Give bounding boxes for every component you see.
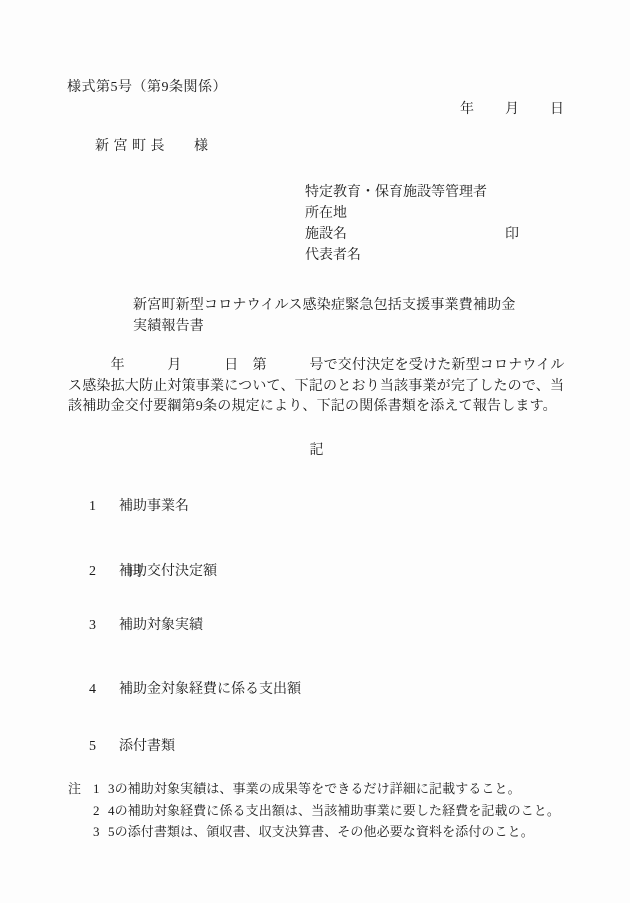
- item-number: 1: [89, 497, 119, 517]
- note-number: 3: [93, 824, 108, 839]
- note-row: 2 4の補助対象経費に係る支出額は、当該補助事業に要した経費を記載のこと。: [68, 803, 578, 818]
- document-title-line2: 実績報告書: [133, 316, 516, 337]
- sender-role: 特定教育・保育施設等管理者: [305, 182, 519, 203]
- document-title: 新宮町新型コロナウイルス感染症緊急包括支援事業費補助金 実績報告書: [133, 295, 516, 337]
- item-number: 2: [89, 562, 119, 582]
- body-paragraph-line: 該補助金交付要綱第9条の規定により、下記の関係書類を添えて報告します。: [68, 397, 568, 418]
- sender-block: 特定教育・保育施設等管理者 所在地 施設名 印 代表者名: [305, 182, 519, 266]
- body-paragraph-line: 年 月 日 第 号で交付決定を受けた新型コロナウイル: [68, 356, 568, 377]
- sender-address-label: 所在地: [305, 203, 519, 224]
- item-label: 補助対象実績: [119, 618, 203, 633]
- body-paragraph-line: ス感染拡大防止対策事業について、下記のとおり当該事業が完了したので、当: [68, 377, 568, 398]
- notes-marker: 注: [68, 781, 93, 796]
- list-item-1: 1補助事業名: [68, 477, 189, 537]
- item-number: 3: [89, 616, 119, 636]
- item-label: 補助金対象経費に係る支出額: [119, 682, 301, 697]
- note-number: 1: [93, 781, 108, 796]
- record-marker: 記: [68, 441, 565, 461]
- notes-block: 注 1 3の補助対象実績は、事業の成果等をできるだけ詳細に記載すること。 2 4…: [68, 781, 578, 846]
- item-label: 添付書類: [119, 739, 175, 754]
- item-number: 4: [89, 680, 119, 700]
- item-number: 5: [89, 737, 119, 757]
- item-label: 補助事業名: [119, 499, 189, 514]
- note-row: 3 5の添付書類は、領収書、収支決算書、その他必要な資料を添付のこと。: [68, 824, 578, 839]
- body-paragraph: 年 月 日 第 号で交付決定を受けた新型コロナウイル ス感染拡大防止対策事業につ…: [68, 356, 568, 418]
- note-row: 注 1 3の補助対象実績は、事業の成果等をできるだけ詳細に記載すること。: [68, 781, 578, 796]
- document-page: 様式第5号（第9条関係） 年 月 日 新 宮 町 長 様 特定教育・保育施設等管…: [0, 0, 630, 903]
- note-text: 5の添付書類は、領収書、収支決算書、その他必要な資料を添付のこと。: [108, 824, 534, 839]
- sender-facility-label: 施設名: [305, 224, 347, 245]
- note-text: 3の補助対象実績は、事業の成果等をできるだけ詳細に記載すること。: [108, 781, 521, 796]
- addressee: 新 宮 町 長 様: [95, 137, 209, 157]
- note-text: 4の補助対象経費に係る支出額は、当該補助事業に要した経費を記載のこと。: [108, 803, 560, 818]
- list-item-3: 3補助対象実績: [68, 596, 203, 656]
- sender-facility-row: 施設名 印: [305, 224, 519, 245]
- list-item-2: 2補助交付決定額: [68, 542, 217, 602]
- list-item-4: 4補助金対象経費に係る支出額: [68, 660, 301, 720]
- seal-mark: 印: [505, 224, 519, 245]
- date-line: 年 月 日: [68, 100, 565, 120]
- document-title-line1: 新宮町新型コロナウイルス感染症緊急包括支援事業費補助金: [133, 295, 516, 316]
- sender-representative-label: 代表者名: [305, 245, 519, 266]
- item-2-unit-yen: 円: [128, 563, 142, 583]
- list-item-5: 5添付書類: [68, 717, 175, 777]
- form-number: 様式第5号（第9条関係）: [67, 78, 227, 98]
- note-number: 2: [93, 803, 108, 818]
